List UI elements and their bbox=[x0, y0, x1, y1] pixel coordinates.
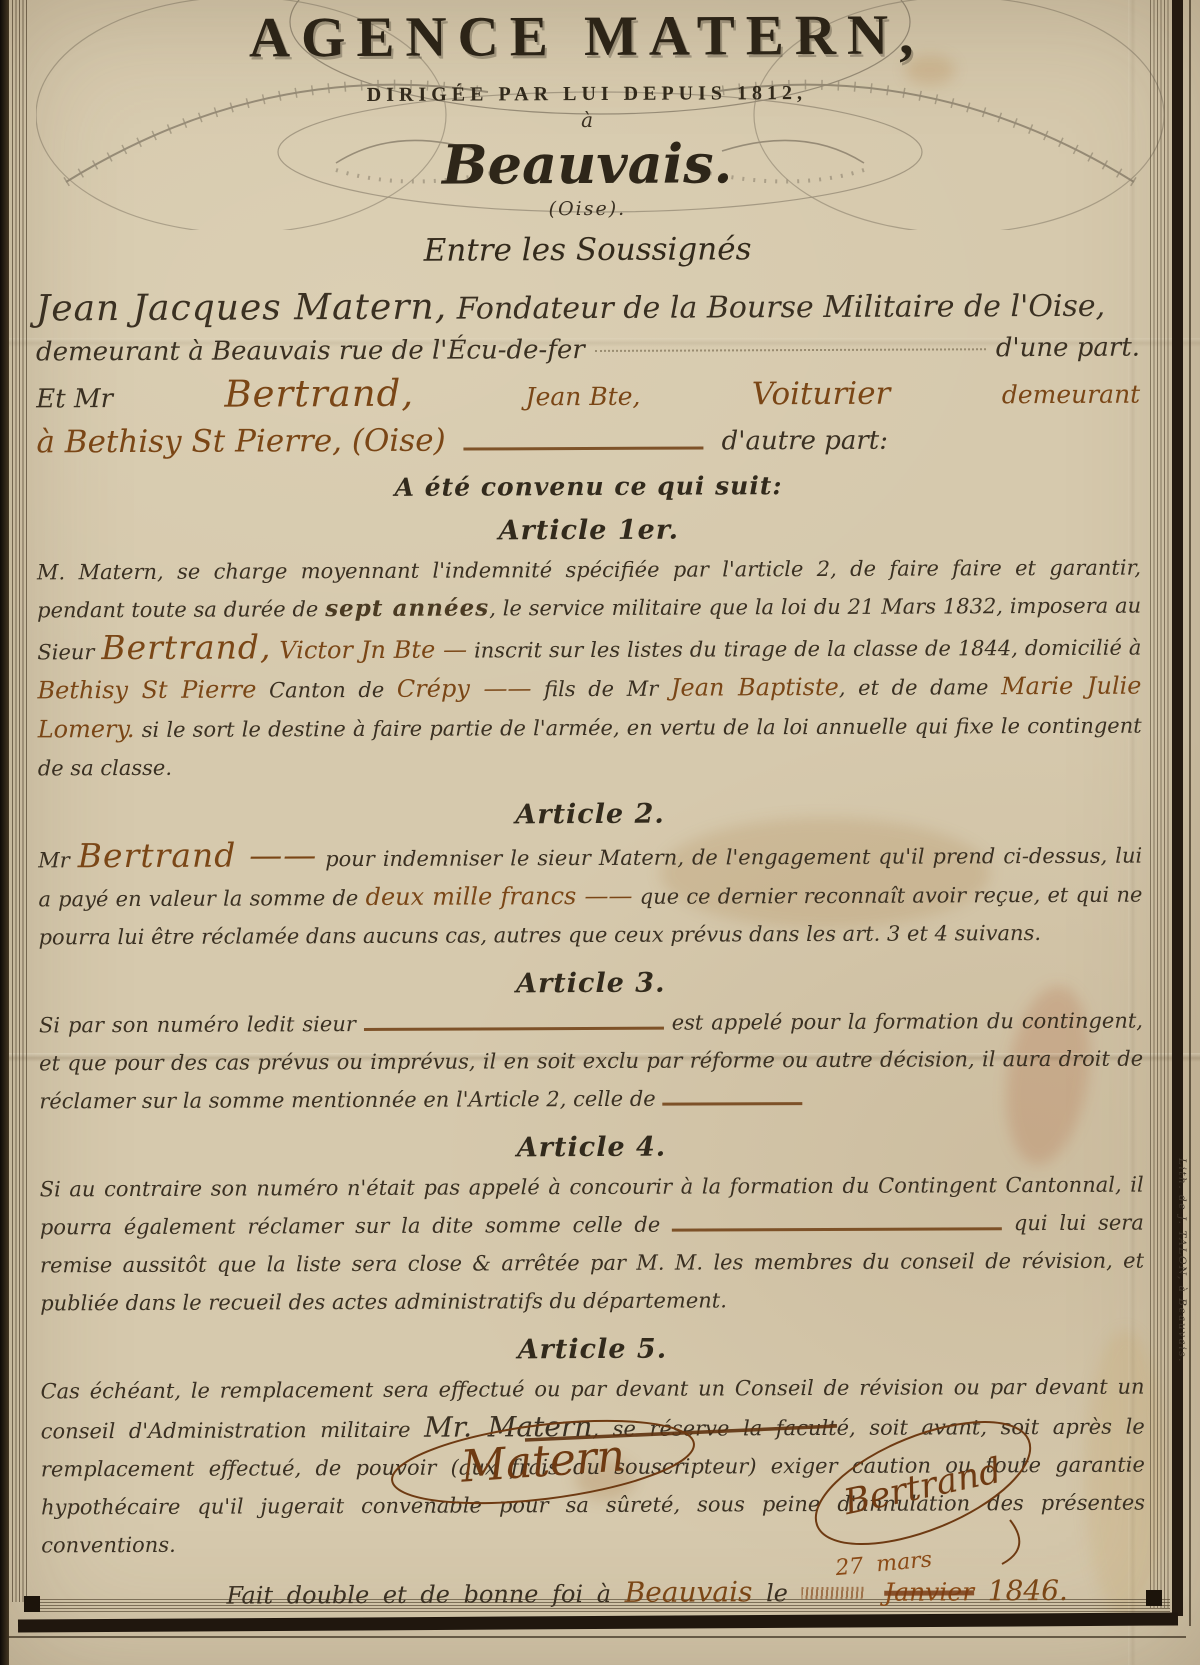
closing-printed-text: Fait double et de bonne foi à bbox=[226, 1580, 611, 1610]
agency-subtitle: DIRIGÉE PAR LUI DEPUIS 1812, bbox=[35, 81, 1139, 109]
article-3-body: Si par son numéro ledit sieur est appelé… bbox=[39, 1002, 1143, 1121]
handwritten-surname: Bertrand, bbox=[101, 627, 271, 667]
scribbled-out-text bbox=[802, 1587, 866, 1599]
bertrand-signature: Bertrand bbox=[798, 1408, 1053, 1573]
frame-right-border-outer bbox=[1189, 0, 1191, 1626]
dotted-leader-line bbox=[595, 348, 986, 352]
handwritten-commune: Bethisy St Pierre bbox=[37, 675, 256, 704]
article-5-heading: Article 5. bbox=[40, 1332, 1144, 1368]
parties-intro: Entre les Soussignés bbox=[36, 230, 1140, 271]
article-4-heading: Article 4. bbox=[39, 1130, 1143, 1166]
second-part-label: d'autre part: bbox=[722, 426, 888, 457]
handwritten-canton: Crépy —— bbox=[397, 674, 532, 703]
frame-corner-block bbox=[1146, 1590, 1162, 1606]
department-name: (Oise). bbox=[35, 196, 1139, 223]
handwritten-year: 1846. bbox=[988, 1574, 1068, 1607]
agency-title: AGENCE MATERN, bbox=[35, 2, 1139, 72]
founder-title: Fondateur de la Bourse Militaire de l'Oi… bbox=[457, 289, 1106, 327]
handwritten-father-name: Jean Baptiste bbox=[671, 673, 839, 702]
city-name: Beauvais. bbox=[35, 130, 1139, 199]
article-1-heading: Article 1er. bbox=[37, 513, 1141, 549]
agreement-heading: A été convenu ce qui suit: bbox=[37, 470, 1141, 504]
founder-residence: demeurant à Beauvais rue de l'Écu-de-fer bbox=[36, 335, 585, 367]
document-content: AGENCE MATERN, DIRIGÉE PAR LUI DEPUIS 18… bbox=[34, 0, 1145, 1611]
subscriber-occupation-handwritten: Voiturier bbox=[752, 376, 891, 413]
bertrand-signature-text: Bertrand bbox=[840, 1451, 1006, 1524]
blank-rule bbox=[364, 1027, 664, 1031]
lithographer-note: Lith. de J. TALON, à Beauvais. bbox=[1176, 1158, 1188, 1363]
founder-residence-line: demeurant à Beauvais rue de l'Écu-de-fer… bbox=[36, 333, 1140, 368]
frame-left-border bbox=[12, 0, 27, 1602]
printed-text: si le sort le destine à faire partie de … bbox=[38, 714, 1142, 781]
frame-right-border-lines bbox=[1150, 0, 1170, 1608]
matern-signature-text: Matern bbox=[458, 1430, 627, 1492]
subscriber-address-handwritten: à Bethisy St Pierre, (Oise) bbox=[36, 423, 445, 461]
article-1-body: M. Matern, se charge moyennant l'indemni… bbox=[37, 549, 1142, 788]
article-2-body: Mr Bertrand —— pour indemniser le sieur … bbox=[38, 833, 1143, 957]
struck-out-month: Janvier bbox=[884, 1577, 974, 1606]
printed-text: , et de dame bbox=[839, 675, 1001, 700]
date-correction-group: 27 mars Janvier bbox=[802, 1577, 975, 1607]
le-word: le bbox=[766, 1579, 788, 1607]
and-mr-label: Et Mr bbox=[36, 384, 113, 414]
frame-bottom-border-outer bbox=[8, 1636, 1186, 1638]
first-part-label: d'une part. bbox=[996, 333, 1140, 364]
parties-block: Jean Jacques Matern, Fondateur de la Bou… bbox=[36, 284, 1141, 461]
article-3-heading: Article 3. bbox=[39, 966, 1143, 1002]
handwritten-duration: sept années bbox=[325, 594, 489, 622]
printed-text: Canton de bbox=[256, 678, 397, 703]
frame-corner-block bbox=[24, 1596, 40, 1612]
subscriber-line: Et Mr Bertrand, Jean Bte, Voiturier deme… bbox=[36, 369, 1140, 417]
blank-rule bbox=[464, 447, 704, 451]
subscriber-address-line: à Bethisy St Pierre, (Oise) d'autre part… bbox=[36, 420, 1140, 461]
handwritten-place: Beauvais bbox=[625, 1575, 753, 1609]
photo-left-edge bbox=[0, 0, 9, 1665]
handwritten-surname: Bertrand —— bbox=[78, 835, 318, 875]
printed-text: Mr bbox=[38, 848, 78, 872]
subscriber-residing-handwritten: demeurant bbox=[1002, 380, 1141, 410]
blank-rule bbox=[662, 1102, 802, 1106]
founder-line: Jean Jacques Matern, Fondateur de la Bou… bbox=[36, 284, 1140, 330]
subscriber-given-name-handwritten: Jean Bte, bbox=[525, 382, 640, 412]
handwritten-given-names: Victor Jn Bte — bbox=[271, 636, 467, 665]
frame-right-border-thick bbox=[1172, 0, 1183, 1616]
founder-name: Jean Jacques Matern, bbox=[36, 287, 447, 330]
matern-signature: Matern bbox=[375, 1400, 845, 1512]
printed-text: inscrit sur les listes du tirage de la c… bbox=[467, 636, 1141, 663]
subscriber-surname-handwritten: Bertrand, bbox=[224, 372, 414, 416]
handwritten-amount: deux mille francs —— bbox=[365, 882, 632, 911]
blank-rule bbox=[672, 1227, 1002, 1231]
article-4-body: Si au contraire son numéro n'était pas a… bbox=[40, 1166, 1145, 1323]
printed-text: Si par son numéro ledit sieur bbox=[39, 1012, 364, 1037]
scanned-document-photo: { "header": { "title": "AGENCE MATERN,",… bbox=[0, 0, 1200, 1665]
article-2-heading: Article 2. bbox=[38, 797, 1142, 833]
printed-text: fils de Mr bbox=[531, 677, 671, 702]
closing-line: Fait double et de bonne foi à Beauvais l… bbox=[41, 1574, 1145, 1612]
